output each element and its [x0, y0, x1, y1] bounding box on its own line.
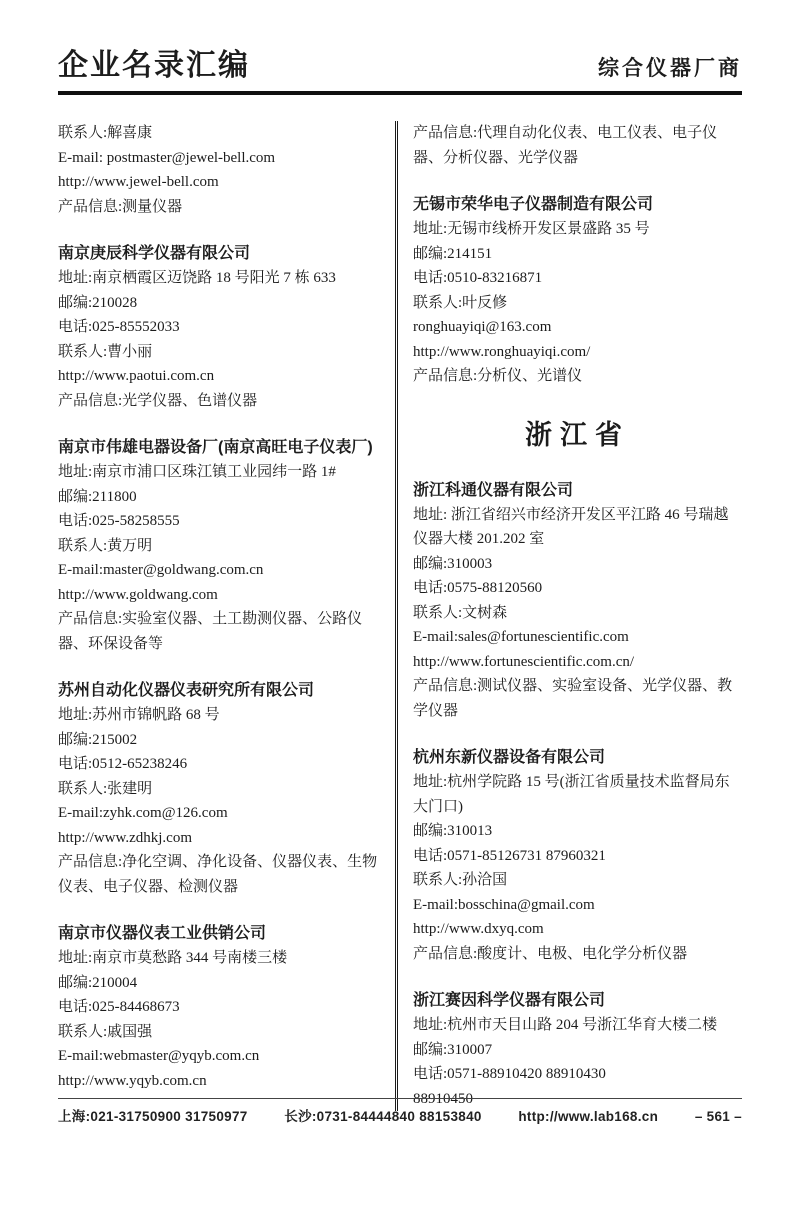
footer-shanghai-phones: 上海:021-31750900 31750977 [58, 1105, 248, 1125]
entry-line: 联系人:曹小丽 [58, 340, 384, 365]
entry-line: 产品信息:代理自动化仪表、电工仪表、电子仪器、分析仪器、光学仪器 [413, 121, 742, 170]
company-entry: 南京市仪器仪表工业供销公司地址:南京市莫愁路 344 号南楼三楼邮编:21000… [58, 921, 384, 1093]
page-header: 企业名录汇编 综合仪器厂商 [58, 40, 742, 84]
entry-line: 邮编:210004 [58, 971, 384, 996]
entry-line: 电话:0575-88120560 [413, 576, 742, 601]
company-entry: 南京庚辰科学仪器有限公司地址:南京栖霞区迈饶路 18 号阳光 7 栋 633邮编… [58, 241, 384, 413]
entry-line: 电话:025-85552033 [58, 315, 384, 340]
entry-line: 产品信息:实验室仪器、土工勘测仪器、公路仪器、环保设备等 [58, 607, 384, 656]
entry-line: E-mail:zyhk.com@126.com [58, 801, 384, 826]
entry-line: 产品信息:净化空调、净化设备、仪器仪表、生物仪表、电子仪器、检测仪器 [58, 850, 384, 899]
entry-line: 邮编:215002 [58, 728, 384, 753]
entry-line: 产品信息:测试仪器、实验室设备、光学仪器、教学仪器 [413, 674, 742, 723]
directory-content: 联系人:解喜康E-mail: postmaster@jewel-bell.com… [58, 121, 742, 1111]
entry-line: 联系人:孙洽国 [413, 868, 742, 893]
entry-line: E-mail:webmaster@yqyb.com.cn [58, 1044, 384, 1069]
right-column: 产品信息:代理自动化仪表、电工仪表、电子仪器、分析仪器、光学仪器无锡市荣华电子仪… [413, 121, 742, 1111]
company-name: 浙江科通仪器有限公司 [413, 478, 742, 503]
entry-line: 地址:无锡市线桥开发区景盛路 35 号 [413, 217, 742, 242]
company-name: 苏州自动化仪器仪表研究所有限公司 [58, 678, 384, 703]
entry-line: 联系人:张建明 [58, 777, 384, 802]
company-entry: 无锡市荣华电子仪器制造有限公司地址:无锡市线桥开发区景盛路 35 号邮编:214… [413, 192, 742, 389]
directory-page: 企业名录汇编 综合仪器厂商 联系人:解喜康E-mail: postmaster@… [0, 0, 800, 1208]
entry-line: 邮编:310013 [413, 819, 742, 844]
entry-line: http://www.zdhkj.com [58, 826, 384, 851]
entry-line: 地址: 浙江省绍兴市经济开发区平江路 46 号瑞越仪器大楼 201.202 室 [413, 503, 742, 552]
left-column: 联系人:解喜康E-mail: postmaster@jewel-bell.com… [58, 121, 384, 1111]
entry-line: 电话:025-58258555 [58, 509, 384, 534]
entry-line: 邮编:310007 [413, 1038, 742, 1063]
entry-line: 联系人:叶反修 [413, 291, 742, 316]
continuation-entry: 产品信息:代理自动化仪表、电工仪表、电子仪器、分析仪器、光学仪器 [413, 121, 742, 170]
entry-line: E-mail: postmaster@jewel-bell.com [58, 146, 384, 171]
entry-line: 产品信息:酸度计、电极、电化学分析仪器 [413, 942, 742, 967]
company-entry: 苏州自动化仪器仪表研究所有限公司地址:苏州市锦帆路 68 号邮编:215002电… [58, 678, 384, 899]
page-footer: 上海:021-31750900 31750977 长沙:0731-8444484… [58, 1098, 742, 1125]
header-title-right: 综合仪器厂商 [598, 52, 742, 84]
entry-line: 地址:杭州市天目山路 204 号浙江华育大楼二楼 [413, 1013, 742, 1038]
entry-line: E-mail:master@goldwang.com.cn [58, 558, 384, 583]
entry-line: 邮编:210028 [58, 291, 384, 316]
entry-line: 邮编:310003 [413, 552, 742, 577]
entry-line: 地址:杭州学院路 15 号(浙江省质量技术监督局东大门口) [413, 770, 742, 819]
continuation-entry: 联系人:解喜康E-mail: postmaster@jewel-bell.com… [58, 121, 384, 219]
entry-line: 邮编:214151 [413, 242, 742, 267]
entry-line: 联系人:解喜康 [58, 121, 384, 146]
entry-line: 地址:南京市莫愁路 344 号南楼三楼 [58, 946, 384, 971]
column-divider [395, 121, 398, 1111]
entry-line: 联系人:文树森 [413, 601, 742, 626]
section-heading: 浙江省 [413, 413, 742, 452]
footer-changsha-phones: 长沙:0731-84444840 88153840 [284, 1105, 481, 1125]
entry-line: http://www.yqyb.com.cn [58, 1069, 384, 1094]
company-name: 南京市仪器仪表工业供销公司 [58, 921, 384, 946]
company-entry: 杭州东新仪器设备有限公司地址:杭州学院路 15 号(浙江省质量技术监督局东大门口… [413, 745, 742, 966]
entry-line: ronghuayiqi@163.com [413, 315, 742, 340]
entry-line: E-mail:sales@fortunescientific.com [413, 625, 742, 650]
entry-line: 地址:南京栖霞区迈饶路 18 号阳光 7 栋 633 [58, 266, 384, 291]
header-title-left: 企业名录汇编 [58, 40, 250, 84]
header-rule [58, 91, 742, 95]
entry-line: 地址:南京市浦口区珠江镇工业园纬一路 1# [58, 460, 384, 485]
entry-line: E-mail:bosschina@gmail.com [413, 893, 742, 918]
entry-line: 邮编:211800 [58, 485, 384, 510]
footer-row: 上海:021-31750900 31750977 长沙:0731-8444484… [58, 1105, 742, 1125]
entry-line: 联系人:戚国强 [58, 1020, 384, 1045]
entry-line: 产品信息:光学仪器、色谱仪器 [58, 389, 384, 414]
company-name: 无锡市荣华电子仪器制造有限公司 [413, 192, 742, 217]
entry-line: http://www.goldwang.com [58, 583, 384, 608]
footer-rule [58, 1098, 742, 1099]
entry-line: http://www.ronghuayiqi.com/ [413, 340, 742, 365]
entry-line: 地址:苏州市锦帆路 68 号 [58, 703, 384, 728]
entry-line: http://www.jewel-bell.com [58, 170, 384, 195]
entry-line: 电话:0510-83216871 [413, 266, 742, 291]
entry-line: 产品信息:测量仪器 [58, 195, 384, 220]
entry-line: 电话:0571-85126731 87960321 [413, 844, 742, 869]
company-entry: 浙江科通仪器有限公司地址: 浙江省绍兴市经济开发区平江路 46 号瑞越仪器大楼 … [413, 478, 742, 724]
company-name: 浙江赛因科学仪器有限公司 [413, 988, 742, 1013]
entry-line: http://www.fortunescientific.com.cn/ [413, 650, 742, 675]
entry-line: 联系人:黄万明 [58, 534, 384, 559]
entry-line: http://www.dxyq.com [413, 917, 742, 942]
company-entry: 浙江赛因科学仪器有限公司地址:杭州市天目山路 204 号浙江华育大楼二楼邮编:3… [413, 988, 742, 1111]
company-entry: 南京市伟雄电器设备厂(南京高旺电子仪表厂)地址:南京市浦口区珠江镇工业园纬一路 … [58, 435, 384, 656]
company-name: 南京市伟雄电器设备厂(南京高旺电子仪表厂) [58, 435, 384, 460]
entry-line: 电话:025-84468673 [58, 995, 384, 1020]
entry-line: 电话:0512-65238246 [58, 752, 384, 777]
company-name: 杭州东新仪器设备有限公司 [413, 745, 742, 770]
entry-line: 产品信息:分析仪、光谱仪 [413, 364, 742, 389]
footer-website: http://www.lab168.cn [518, 1109, 658, 1124]
entry-line: http://www.paotui.com.cn [58, 364, 384, 389]
footer-page-number: – 561 – [695, 1109, 742, 1124]
entry-line: 电话:0571-88910420 88910430 [413, 1062, 742, 1087]
company-name: 南京庚辰科学仪器有限公司 [58, 241, 384, 266]
